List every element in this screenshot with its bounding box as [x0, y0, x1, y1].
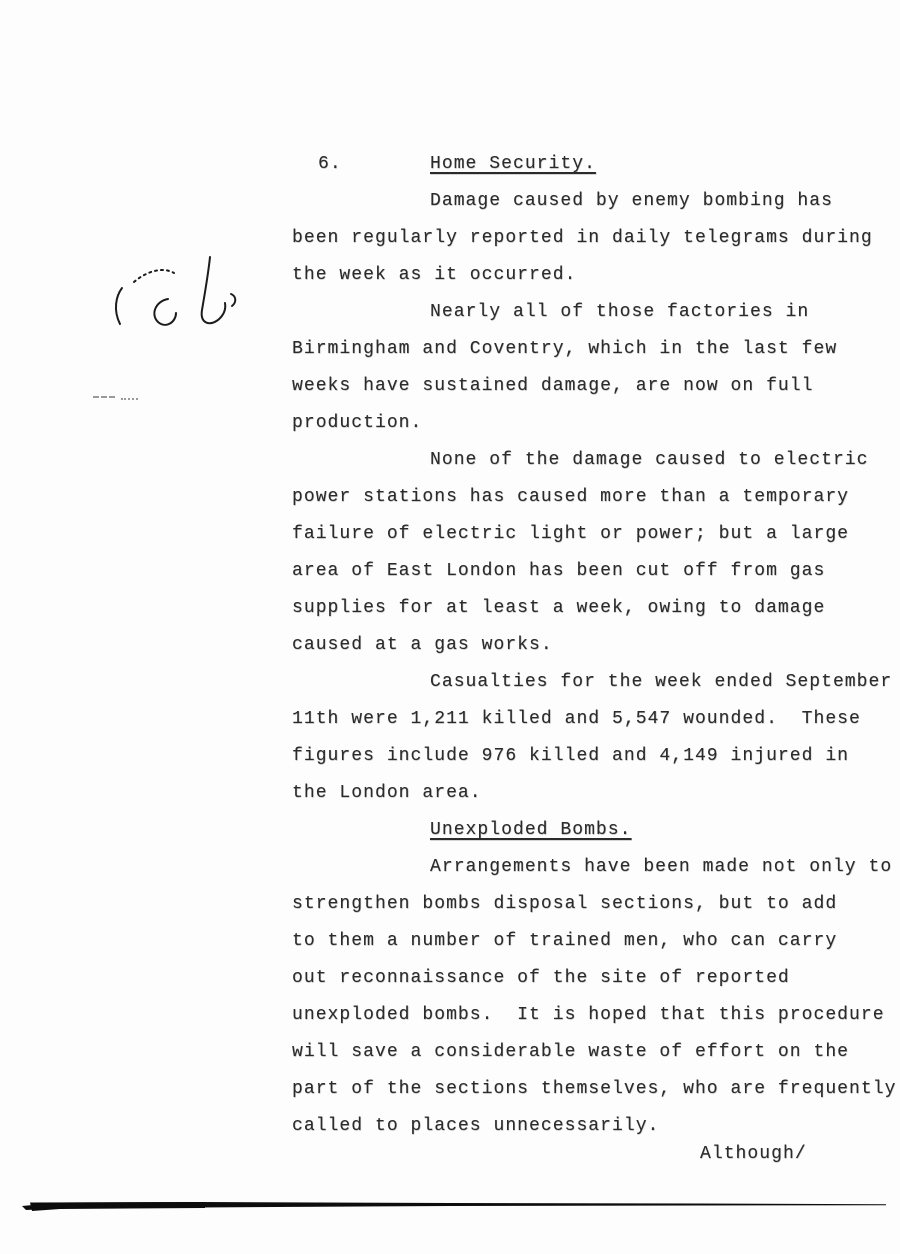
text-line: production. — [292, 405, 896, 442]
text-line: None of the damage caused to electric — [292, 442, 896, 479]
text-line: to them a number of trained men, who can… — [292, 923, 896, 960]
text-line: supplies for at least a week, owing to d… — [292, 590, 896, 627]
text-line: been regularly reported in daily telegra… — [292, 220, 896, 257]
pencil-marks — [93, 393, 143, 403]
text-line: the London area. — [292, 775, 896, 812]
pencil-dash — [121, 398, 138, 400]
text-line: weeks have sustained damage, are now on … — [292, 368, 896, 405]
text-line: area of East London has been cut off fro… — [292, 553, 896, 590]
section-heading: Home Security. — [430, 146, 596, 183]
text-line: power stations has caused more than a te… — [292, 479, 896, 516]
typewritten-text-layer: 6. Home Security.Damage caused by enemy … — [0, 0, 900, 1254]
catchword: Although/ — [700, 1136, 807, 1173]
scan-edge-bar — [0, 1195, 900, 1220]
text-line: will save a considerable waste of effort… — [292, 1034, 896, 1071]
text-line: figures include 976 killed and 4,149 inj… — [292, 738, 896, 775]
text-line: 11th were 1,211 killed and 5,547 wounded… — [292, 701, 896, 738]
text-line: strengthen bombs disposal sections, but … — [292, 886, 896, 923]
scanned-page: 6. Home Security.Damage caused by enemy … — [0, 0, 900, 1254]
text-line: failure of electric light or power; but … — [292, 516, 896, 553]
text-line: out reconnaissance of the site of report… — [292, 960, 896, 997]
text-line: Birmingham and Coventry, which in the la… — [292, 331, 896, 368]
document-lines: Home Security.Damage caused by enemy bom… — [292, 146, 896, 1145]
section-heading: Unexploded Bombs. — [430, 812, 631, 849]
text-line: Arrangements have been made not only to — [292, 849, 896, 886]
text-line: part of the sections themselves, who are… — [292, 1071, 896, 1108]
text-line: caused at a gas works. — [292, 627, 896, 664]
text-line: Nearly all of those factories in — [292, 294, 896, 331]
pencil-dash — [93, 396, 115, 398]
handwritten-initials — [104, 252, 244, 352]
text-line: Casualties for the week ended September — [292, 664, 896, 701]
text-line: Damage caused by enemy bombing has — [292, 183, 896, 220]
text-line: unexploded bombs. It is hoped that this … — [292, 997, 896, 1034]
text-line: the week as it occurred. — [292, 257, 896, 294]
